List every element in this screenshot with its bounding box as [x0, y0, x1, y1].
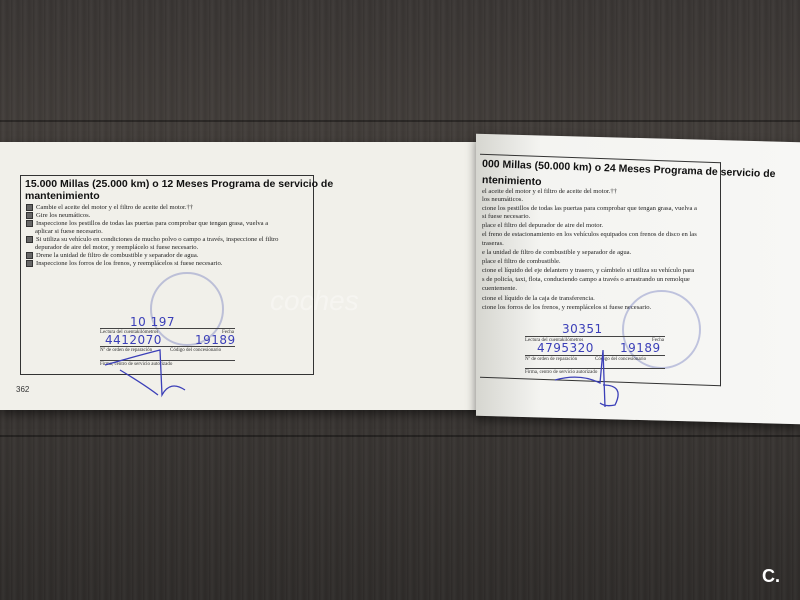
left-title-line2: mantenimiento	[25, 190, 100, 202]
left-item: Inspeccione los forros de los frenos, y …	[26, 260, 222, 268]
left-item: Inspeccione los pestillos de todas las p…	[26, 220, 268, 228]
form-line	[525, 336, 665, 337]
checkbox-icon	[26, 204, 33, 211]
wood-plank-seam	[0, 120, 800, 122]
left-item: Gire los neumáticos.	[26, 212, 90, 220]
checkbox-icon	[26, 260, 33, 267]
right-item: el freno de estacionamiento en los vehíc…	[482, 231, 697, 239]
right-item: cione los pestillos de todas las puertas…	[482, 205, 697, 213]
checkbox-icon	[26, 236, 33, 243]
right-item: traseras.	[482, 240, 504, 248]
right-item: cione el líquido de la caja de transfere…	[482, 295, 595, 303]
left-title-line1: 15.000 Millas (25.000 km) o 12 Meses Pro…	[25, 178, 333, 190]
page-number: 362	[16, 385, 29, 394]
checkbox-icon	[26, 212, 33, 219]
left-handwritten-odometer: 10 197	[130, 315, 175, 329]
right-item: los neumáticos.	[482, 196, 523, 204]
checkbox-icon	[26, 220, 33, 227]
right-item: cuentemente.	[482, 285, 517, 293]
right-signature	[545, 345, 635, 410]
form-line	[100, 328, 235, 329]
left-item: Si utiliza su vehículo en condiciones de…	[26, 236, 278, 244]
right-item: e la unidad de filtro de combustible y s…	[482, 249, 631, 257]
right-item: place el filtro de combustible.	[482, 258, 561, 266]
right-handwritten-odometer: 30351	[562, 322, 603, 336]
left-item-cont: aplicar si fuese necesario.	[35, 228, 103, 236]
right-item: place el filtro del depurador de aire de…	[482, 222, 603, 230]
right-item: el aceite del motor y el filtro de aceit…	[482, 188, 617, 196]
left-signature	[100, 345, 200, 405]
right-title-line2: ntenimiento	[482, 174, 542, 188]
right-item: cione el líquido del eje delantero y tra…	[482, 267, 694, 275]
wood-plank-seam	[0, 435, 800, 437]
left-item: Cambie el aceite del motor y el filtro d…	[26, 204, 193, 212]
left-item: Drene la unidad de filtro de combustible…	[26, 252, 198, 260]
left-item-cont: depurador de aire del motor, y reempláce…	[35, 244, 198, 252]
right-item: si fuese necesario.	[482, 213, 530, 221]
left-handwritten-dealer: 19189	[195, 333, 236, 347]
watermark: coches	[270, 285, 359, 317]
checkbox-icon	[26, 252, 33, 259]
corner-logo: C.	[762, 566, 780, 587]
right-item: s de policía, taxi, flota, conduciendo c…	[482, 276, 690, 284]
